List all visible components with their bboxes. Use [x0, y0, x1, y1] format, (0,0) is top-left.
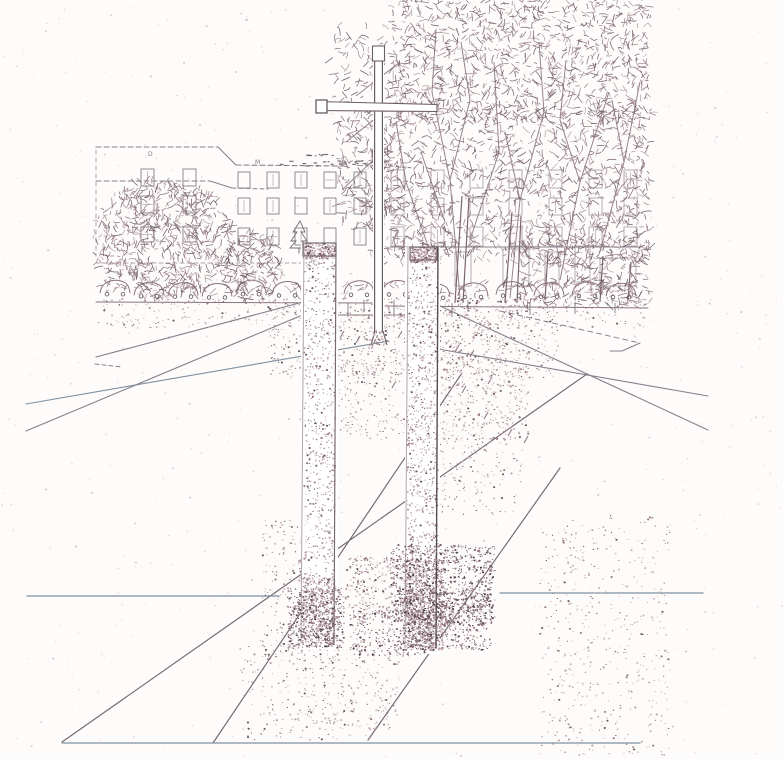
paper-background: [0, 0, 783, 759]
scanned-line-drawing: DMDb: [0, 0, 783, 759]
svg-text:D: D: [148, 151, 153, 158]
pillar-left: [301, 243, 338, 649]
svg-text:b: b: [638, 298, 642, 305]
svg-text:M: M: [255, 159, 260, 166]
scanned-sketch-page: DMDb: [0, 0, 783, 759]
pillar-right: [404, 247, 444, 654]
